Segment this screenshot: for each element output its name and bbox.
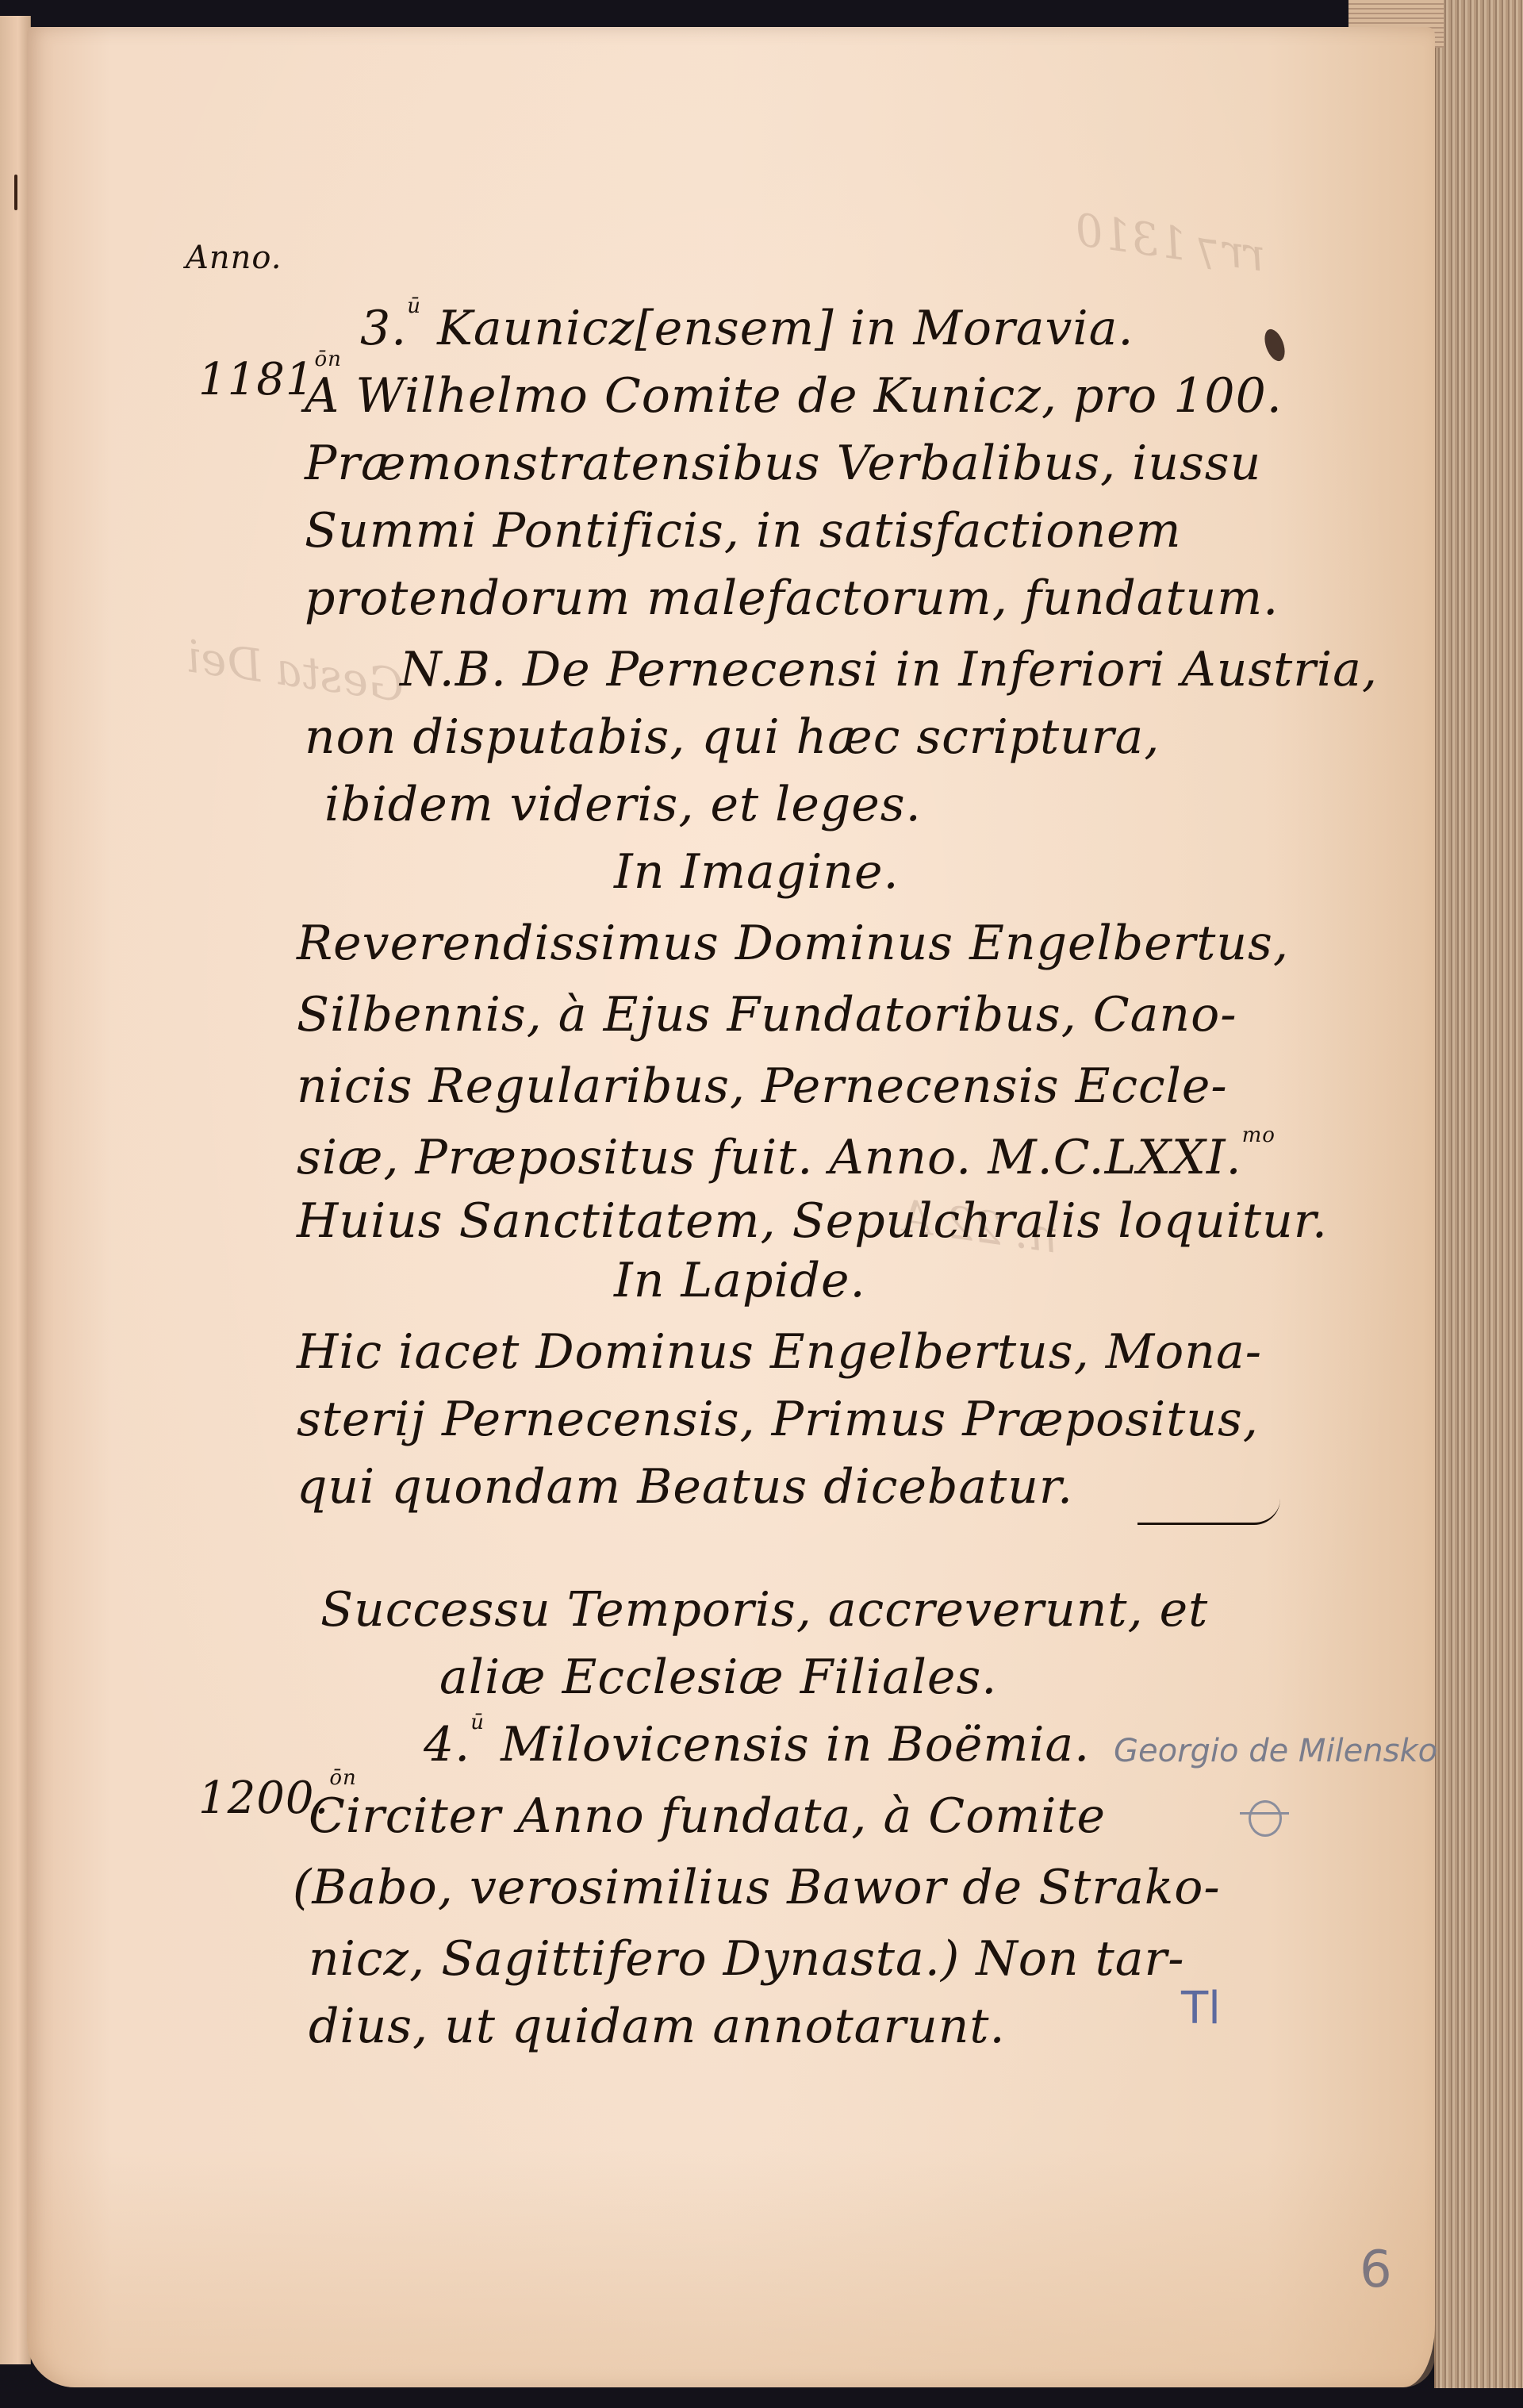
text-content: siæ, Præpositus fuit. Anno. M.C.LXXI. [297, 1130, 1242, 1185]
section-superscript: ū [407, 294, 421, 318]
text-line-nota-bene: N.B. De Pernecensi in Inferiori Austria, [400, 642, 1378, 697]
manuscript-scan: rr⁊ 1310 Gesta Dei n. 22 A Anno. 1181ōn … [0, 0, 1523, 2408]
blue-pencil-mark: Tl [1181, 1983, 1221, 2034]
subheading-in-imagine: In Imagine. [614, 844, 900, 900]
pencil-annotation-georgio: Georgio de Milensko [1114, 1733, 1437, 1769]
text-line: Huius Sanctitatem, Sepulchralis loquitur… [297, 1193, 1328, 1249]
year-value: 1181 [198, 354, 315, 405]
text-line-anno-mclxxi: siæ, Præpositus fuit. Anno. M.C.LXXI.mo [297, 1130, 1276, 1185]
bleed-through: Gesta Dei [183, 631, 408, 712]
section-heading-3: 3.ū Kaunicz[ensem] in Moravia. [360, 301, 1134, 356]
text-line: nicis Regularibus, Pernecensis Eccle- [297, 1058, 1228, 1114]
page-block-edge [1434, 0, 1523, 2388]
text-line: protendorum malefactorum, fundatum. [305, 570, 1279, 626]
text-line-parenthetical: (Babo, verosimilius Bawor de Strako- [293, 1860, 1221, 1915]
page-number: 6 [1360, 2241, 1392, 2299]
section-title: Milovicensis in Boëmia. [501, 1717, 1090, 1772]
ordinal-superscript: mo [1242, 1123, 1276, 1147]
bleed-through: rr⁊ 1310 [1072, 204, 1268, 282]
text-line: ibidem videris, et leges. [324, 777, 922, 832]
text-line-parenthetical: nicz, Sagittifero Dynasta.) Non tar- [309, 1931, 1185, 1987]
ink-mark [14, 175, 17, 210]
text-line: A Wilhelmo Comite de Kunicz, pro 100. [305, 368, 1283, 424]
insertion-mark-icon [1249, 1800, 1282, 1837]
text-line: non disputabis, qui hæc scriptura, [305, 709, 1160, 765]
section-number: 3. [360, 301, 407, 356]
text-line: Summi Pontificis, in satisfactionem [305, 503, 1182, 559]
ink-blot [1260, 327, 1288, 364]
subheading-in-lapide: In Lapide. [614, 1253, 866, 1308]
text-line: sterij Pernecensis, Primus Præpositus, [297, 1392, 1259, 1447]
year-superscript: ōn [329, 1766, 356, 1790]
section-heading-4: 4.ū Milovicensis in Boëmia. [424, 1717, 1090, 1772]
text-line: Circiter Anno fundata, à Comite [309, 1788, 1106, 1844]
text-line: dius, ut quidam annotarunt. [309, 1999, 1006, 2054]
text-line: Hic iacet Dominus Engelbertus, Mona- [297, 1324, 1262, 1380]
text-line: Successu Temporis, accreverunt, et [320, 1582, 1208, 1638]
text-line: Reverendissimus Dominus Engelbertus, [297, 916, 1289, 971]
text-line: aliæ Ecclesiæ Filiales. [439, 1649, 997, 1705]
section-superscript: ū [470, 1711, 485, 1734]
section-title: Kaunicz[ensem] in Moravia. [437, 301, 1134, 356]
line-end-flourish [1137, 1499, 1280, 1525]
margin-anno-label: Anno. [186, 240, 282, 276]
manuscript-page: rr⁊ 1310 Gesta Dei n. 22 A Anno. 1181ōn … [27, 27, 1435, 2387]
text-line: qui quondam Beatus dicebatur. [297, 1459, 1073, 1515]
text-line: Silbennis, à Ejus Fundatoribus, Cano- [297, 987, 1237, 1043]
text-line: Præmonstratensibus Verbalibus, iussu [305, 436, 1261, 491]
section-number: 4. [424, 1717, 470, 1772]
